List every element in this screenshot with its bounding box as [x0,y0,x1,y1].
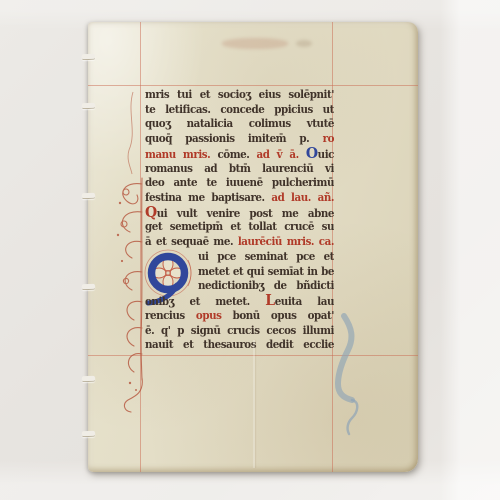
text-segment: romanus ad btm̄ laurenciū vi [145,162,334,174]
text-segment: manu mris. [145,149,217,161]
text-segment: festina me baptisare. [145,192,271,204]
text-segment: deo ante te iuuenē pulcherimū [145,177,334,189]
text-line: festina me baptisare. ad lau. añ. [145,191,334,206]
text-block: mris tui et socioʒ eius solēpnit'te leti… [145,88,334,356]
inline-initial: Q [145,204,157,221]
text-segment: uic [318,149,334,161]
text-segment: ā et sequaē me. [145,236,238,248]
text-segment: ui pce seminat pce et [198,251,334,263]
stitch-hole [82,54,95,60]
stitch-hole [82,431,95,437]
text-line: quoʒ natalicia colimus vtutē [145,117,334,132]
text-segment: ro [323,133,334,145]
text-segment: cōme. [217,149,256,161]
text-segment: rencius [145,310,196,322]
text-segment: nauit et thesauros dedit ecclie [145,339,334,351]
stitch-hole [82,284,95,290]
text-line: te letificas. concede ppicius ut [145,102,334,117]
text-segment: metet et qui semīat in be [198,265,334,277]
red-squiggle-icon [124,90,140,176]
text-line: ui pce seminat pce et [145,250,334,265]
show-through-smudge [222,38,288,49]
text-segment: euita lau [275,296,334,308]
text-segment: ad v̄ ā. [257,149,306,161]
text-segment: quoq̄ passionis imitem̄ p. [145,133,323,145]
text-segment: mris tui et socioʒ eius solēpnit' [145,89,334,101]
stitch-hole [82,103,95,109]
stitch-hole [82,376,95,382]
text-segment: ad lau. añ. [271,192,334,204]
text-segment: get semetipm̄ et tollat crucē su [145,221,334,233]
inline-initial: L [265,293,274,310]
text-segment: quoʒ natalicia colimus vtutē [145,118,334,130]
text-segment: opus [196,310,233,322]
text-segment: laurēciū mris. ca. [238,236,334,248]
text-line: Qui vult venire post me abne [145,205,334,220]
crease-mark [253,340,255,468]
manuscript-leaf: Q mris tui et socioʒ eius solēpnit'te le… [88,22,418,472]
text-segment: onibʒ et metet. [145,296,265,308]
text-line: get semetipm̄ et tollat crucē su [145,220,334,235]
text-segment: nedictionibʒ de bñdicti [198,280,334,292]
text-segment: ui vult venire post me abne [157,208,334,220]
text-line: deo ante te iuuenē pulcherimū [145,176,334,191]
text-segment: ē. q' p signū crucis cecos illumi [145,324,334,336]
stitch-hole [82,193,95,199]
text-line: nauit et thesauros dedit ecclie [145,338,334,353]
text-line: metet et qui semīat in be [145,264,334,279]
inline-initial: O [306,146,318,163]
text-line: manu mris. cōme. ad v̄ ā. Ouic [145,147,334,162]
text-line: rencius opus bonū opus opat' [145,308,334,323]
text-line: onibʒ et metet. Leuita lau [145,294,334,309]
ruling-line-top [88,85,418,86]
text-segment: te letificas. concede ppicius ut [145,103,334,115]
text-line: nedictionibʒ de bñdicti [145,279,334,294]
text-line: ā et sequaē me. laurēciū mris. ca. [145,235,334,250]
text-segment: bonū opus opat' [233,310,334,322]
text-line: mris tui et socioʒ eius solēpnit' [145,88,334,103]
text-line: romanus ad btm̄ laurenciū vi [145,161,334,176]
text-line: ē. q' p signū crucis cecos illumi [145,323,334,338]
photo-backdrop: Q mris tui et socioʒ eius solēpnit'te le… [0,0,500,500]
